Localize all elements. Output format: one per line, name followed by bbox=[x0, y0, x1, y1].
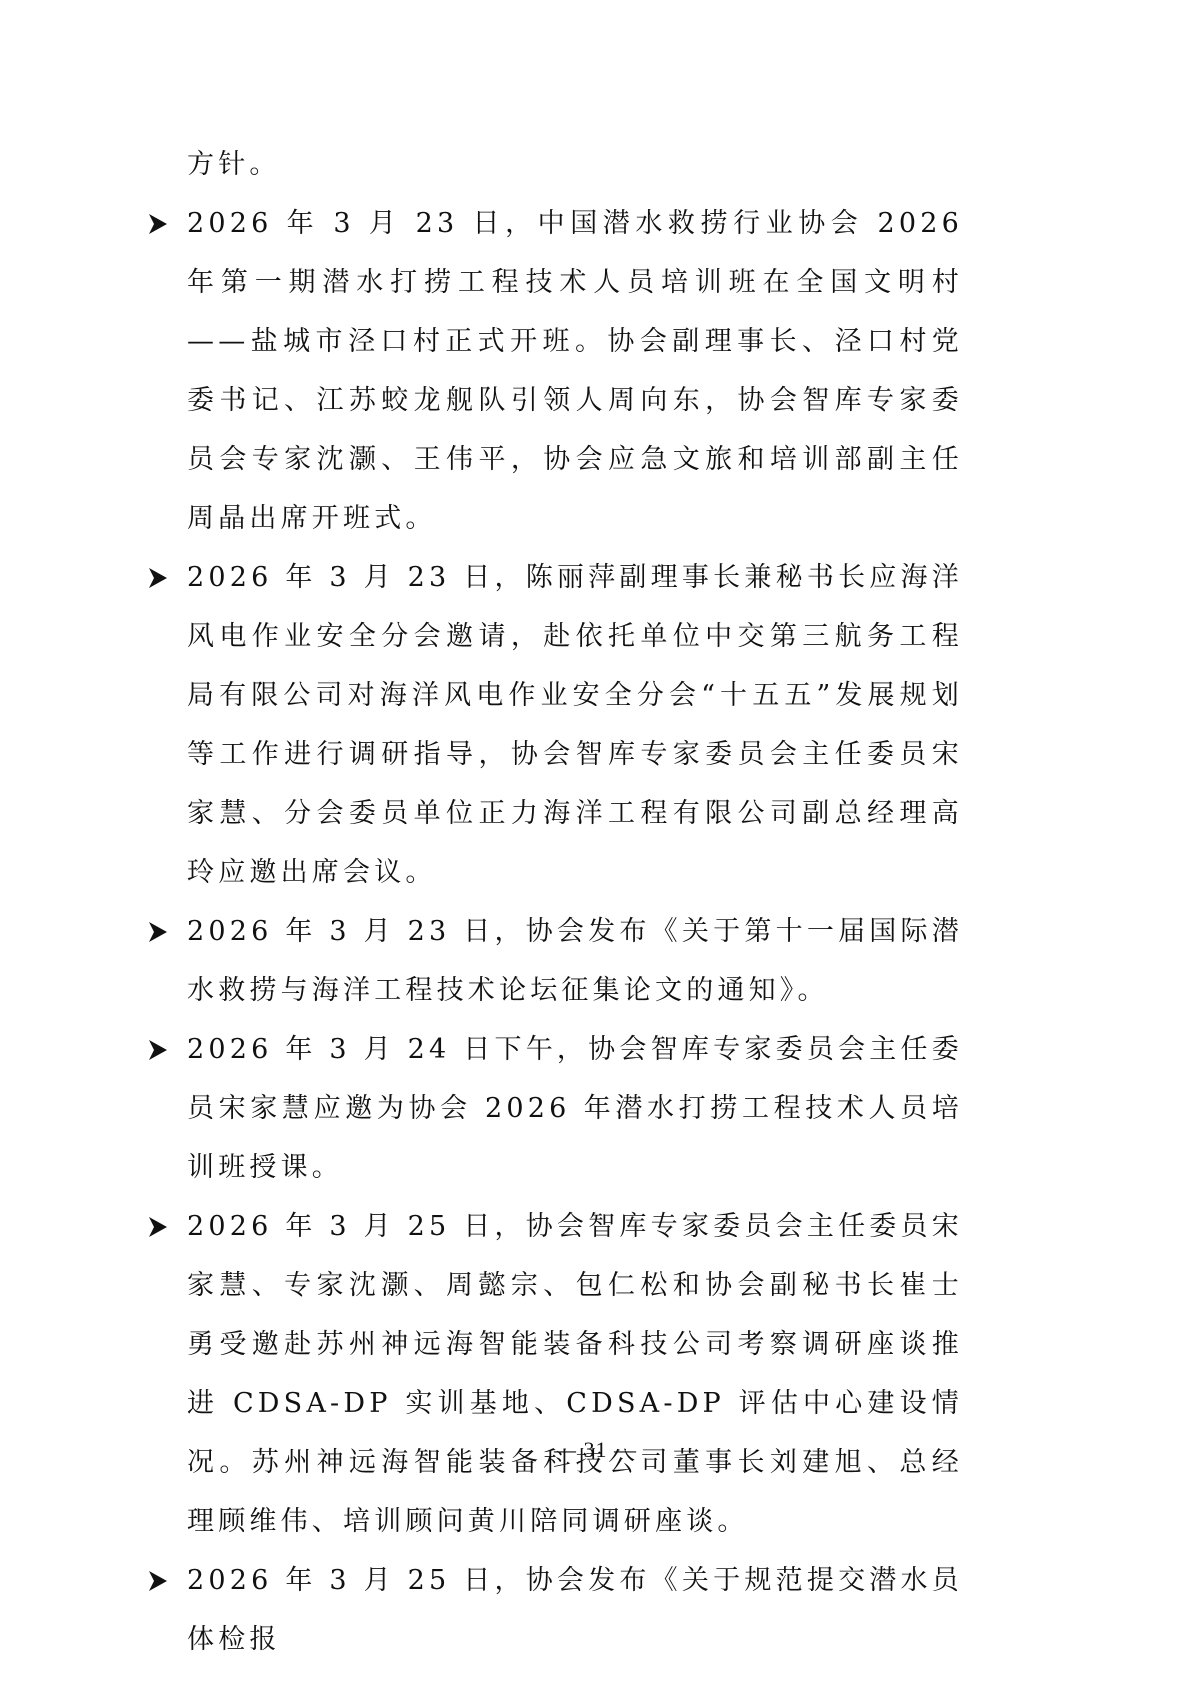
arrowhead-bullet-icon bbox=[147, 212, 169, 236]
document-page: 方针。 2026 年 3 月 23 日，中国潜水救捞行业协会 2026 年第一期… bbox=[0, 0, 1191, 1684]
list-item: 2026 年 3 月 23 日，中国潜水救捞行业协会 2026 年第一期潜水打捞… bbox=[187, 194, 963, 548]
list-item-text: 2026 年 3 月 25 日，协会智库专家委员会主任委员宋家慧、专家沈灏、周懿… bbox=[187, 1197, 963, 1551]
list-item: 2026 年 3 月 23 日，协会发布《关于第十一届国际潜水救捞与海洋工程技术… bbox=[187, 902, 963, 1020]
list-item: 2026 年 3 月 23 日，陈丽萍副理事长兼秘书长应海洋风电作业安全分会邀请… bbox=[187, 548, 963, 902]
arrowhead-bullet-icon bbox=[147, 566, 169, 590]
arrowhead-bullet-icon bbox=[147, 920, 169, 944]
arrowhead-bullet-icon bbox=[147, 1215, 169, 1239]
list-item-text: 2026 年 3 月 23 日，中国潜水救捞行业协会 2026 年第一期潜水打捞… bbox=[187, 194, 963, 548]
list-item-text: 2026 年 3 月 24 日下午，协会智库专家委员会主任委员宋家慧应邀为协会 … bbox=[187, 1020, 963, 1197]
arrowhead-bullet-icon bbox=[147, 1569, 169, 1593]
list-item: 2026 年 3 月 25 日，协会智库专家委员会主任委员宋家慧、专家沈灏、周懿… bbox=[187, 1197, 963, 1551]
list-item: 2026 年 3 月 24 日下午，协会智库专家委员会主任委员宋家慧应邀为协会 … bbox=[187, 1020, 963, 1197]
list-item-text: 2026 年 3 月 25 日，协会发布《关于规范提交潜水员体检报 bbox=[187, 1551, 963, 1669]
list-item-text: 2026 年 3 月 23 日，协会发布《关于第十一届国际潜水救捞与海洋工程技术… bbox=[187, 902, 963, 1020]
continuation-paragraph: 方针。 bbox=[187, 135, 963, 194]
list-item-text: 2026 年 3 月 23 日，陈丽萍副理事长兼秘书长应海洋风电作业安全分会邀请… bbox=[187, 548, 963, 902]
page-number: — 31 — bbox=[0, 1437, 1191, 1463]
arrowhead-bullet-icon bbox=[147, 1038, 169, 1062]
list-item: 2026 年 3 月 25 日，协会发布《关于规范提交潜水员体检报 bbox=[187, 1551, 963, 1669]
